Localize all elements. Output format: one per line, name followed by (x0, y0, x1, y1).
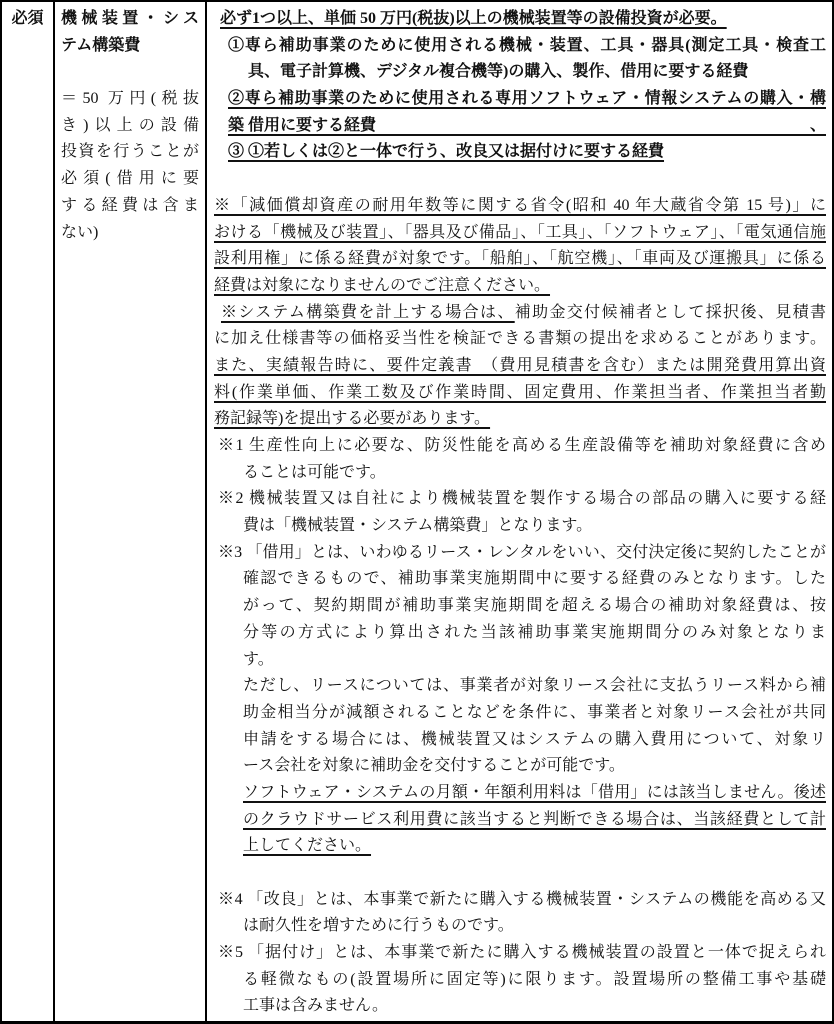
text-segment: 費は「機械装置・システム構築費」となります。 (243, 517, 592, 534)
text-segment: ※システム構築費を計上する場合は、 (221, 304, 515, 321)
text-line: き)以上の設備 (61, 113, 199, 140)
text-line: する経費は含ま (61, 193, 199, 220)
text-segment: また、実績報告時に、要件定義書 （費用見積書を含む）または開発費用算出資 (214, 357, 826, 374)
text-segment: 分等の方式により算出された当該補助事業実施期間分のみ対象となりま (243, 624, 826, 641)
text-segment: 機械装置・シス (61, 10, 199, 27)
text-segment: する経費は含ま (61, 197, 199, 214)
text-line: ③ ①若しくは②と一体で行う、改良又は据付けに要する経費 (214, 139, 826, 166)
text-segment: ース会社を対象に補助金を交付することが可能です。 (243, 757, 625, 774)
text-segment: る軽微なもの(設置場所に固定等)に限ります。設置場所の整備工事や基礎 (243, 971, 826, 988)
text-segment: 工事は含みません。 (243, 997, 388, 1014)
text-line: ース会社を対象に補助金を交付することが可能です。 (214, 753, 826, 780)
text-line: ＝50 万円(税抜 (61, 86, 199, 113)
text-segment: ※4 「改良」とは、本事業で新たに購入する機械装置・システムの機能を高める又 (218, 891, 826, 908)
text-line: 確認できるもので、補助事業実施期間中に要する経費のみとなります。した (214, 566, 826, 593)
text-segment: 必須(借用に要 (61, 170, 199, 187)
text-segment: 務記録等)を提出する必要があります。 (214, 410, 490, 427)
required-label-line: 必須 (2, 6, 53, 33)
text-segment: おける「機械及び装置」、「器具及び備品」、「工具」、「ソフトウェア」、「電気通信… (214, 224, 826, 241)
text-line: ※3 「借用」とは、いわゆるリース・レンタルをいい、交付決定後に契約したことが (214, 540, 826, 567)
text-segment: 投資を行うことが (61, 143, 199, 160)
text-line: 必ず1つ以上、単価 50 万円(税抜)以上の機械装置等の設備投資が必要。 (214, 6, 826, 33)
text-line: ※システム構築費を計上する場合は、補助金交付候補者として採択後、見積書 (214, 300, 826, 327)
text-line: 設利用権」に係る経費が対象です。「船舶」、「航空機」、「車両及び運搬具」に係る (214, 246, 826, 273)
text-line: また、実績報告時に、要件定義書 （費用見積書を含む）または開発費用算出資 (214, 353, 826, 380)
text-line: 料(作業単価、作業工数及び作業時間、固定費用、作業担当者、作業担当者勤 (214, 380, 826, 407)
text-segment: ただし、リースについては、事業者が対象リース会社に支払うリース料から補 (243, 677, 826, 694)
text-line: に加え仕様書等の価格妥当性を検証できる書類の提出を求めることがあります。 (214, 326, 826, 353)
text-segment: 設利用権」に係る経費が対象です。「船舶」、「航空機」、「車両及び運搬具」に係る (214, 250, 826, 267)
text-line: 具、電子計算機、デジタル複合機等)の購入、製作、借用に要する経費 (214, 59, 826, 86)
text-segment: 経費は対象になりませんのでご注意ください。 (214, 277, 550, 294)
text-segment: す。 (243, 651, 274, 668)
subsidy-expense-table-row: 必須 機械装置・システム構築費＝50 万円(税抜き)以上の設備投資を行うことが必… (0, 0, 834, 1024)
text-segment: ※2 機械装置又は自社により機械装置を製作する場合の部品の購入に要する経 (218, 490, 826, 507)
blank-line (214, 860, 826, 887)
text-segment: ソフトウェア・システムの月額・年額利用料は「借用」には該当しません。後述 (243, 784, 826, 801)
text-segment: 申請をする場合には、機械装置又はシステムの購入費用について、対象リ (243, 731, 826, 748)
text-segment: 借用に要する経費 (248, 117, 376, 134)
text-segment: がって、契約期間が補助事業実施期間を超える場合の補助対象経費は、按 (243, 597, 826, 614)
text-line: ①専ら補助事業のために使用される機械・装置、工具・器具(測定工具・検査工 (214, 33, 826, 60)
blank-line (214, 166, 826, 193)
text-line: 必須(借用に要 (61, 166, 199, 193)
text-line: 上してください。 (214, 833, 826, 860)
text-line: のクラウドサービス利用費に該当すると判断できる場合は、当該経費として計 (214, 807, 826, 834)
text-segment: ＝50 万円(税抜 (61, 90, 199, 107)
text-line: 工事は含みません。 (214, 993, 826, 1020)
text-line: 助金相当分が減額されることなどを条件に、事業者と対象リース会社が共同 (214, 700, 826, 727)
text-line: がって、契約期間が補助事業実施期間を超える場合の補助対象経費は、按 (214, 593, 826, 620)
text-line: 分等の方式により算出された当該補助事業実施期間分のみ対象となりま (214, 620, 826, 647)
text-line: ソフトウェア・システムの月額・年額利用料は「借用」には該当しません。後述 (214, 780, 826, 807)
text-segment: 具、電子計算機、デジタル複合機等)の購入、製作、借用に要する経費 (248, 63, 748, 80)
text-segment: 必ず1つ以上、単価 50 万円(税抜)以上の機械装置等の設備投資が必要。 (220, 10, 727, 27)
text-segment: テム構築費 (61, 37, 140, 54)
text-segment: のクラウドサービス利用費に該当すると判断できる場合は、当該経費として計 (243, 811, 826, 828)
text-segment: 上してください。 (243, 837, 371, 854)
text-segment: 補助金交付候補者として採択後、見積書 (515, 304, 826, 321)
text-line: ※2 機械装置又は自社により機械装置を製作する場合の部品の購入に要する経 (214, 486, 826, 513)
text-segment: は耐久性を増すために行うものです。 (243, 917, 514, 934)
text-line: ※1 生産性向上に必要な、防災性能を高める生産設備等を補助対象経費に含め (214, 433, 826, 460)
expense-category-cell: 機械装置・システム構築費＝50 万円(税抜き)以上の設備投資を行うことが必須(借… (55, 2, 207, 1021)
text-segment: ※3 「借用」とは、いわゆるリース・レンタルをいい、交付決定後に契約したことが (218, 544, 826, 561)
blank-line (61, 59, 199, 86)
text-segment: ※5 「据付け」とは、本事業で新たに購入する機械装置の設置と一体で捉えられ (218, 944, 826, 961)
text-line: ※5 「据付け」とは、本事業で新たに購入する機械装置の設置と一体で捉えられ (214, 940, 826, 967)
text-line: 費は「機械装置・システム構築費」となります。 (214, 513, 826, 540)
required-cell: 必須 (2, 2, 55, 1021)
text-line: 経費は対象になりませんのでご注意ください。 (214, 273, 826, 300)
text-line: おける「機械及び装置」、「器具及び備品」、「工具」、「ソフトウェア」、「電気通信… (214, 220, 826, 247)
text-segment: に加え仕様書等の価格妥当性を検証できる書類の提出を求めることがあります。 (214, 330, 826, 347)
text-line: ※4 「改良」とは、本事業で新たに購入する機械装置・システムの機能を高める又 (214, 887, 826, 914)
text-segment: ない) (61, 224, 98, 241)
expense-details-cell: 必ず1つ以上、単価 50 万円(税抜)以上の機械装置等の設備投資が必要。①専ら補… (207, 2, 832, 1021)
text-segment: ※「減価償却資産の耐用年数等に関する省令(昭和 40 年大蔵省令第 15 号)」… (214, 197, 826, 214)
text-line: 機械装置・シス (61, 6, 199, 33)
text-line: ただし、リースについては、事業者が対象リース会社に支払うリース料から補 (214, 673, 826, 700)
text-line: は耐久性を増すために行うものです。 (214, 913, 826, 940)
text-line: ない) (61, 220, 199, 247)
text-line: ※「減価償却資産の耐用年数等に関する省令(昭和 40 年大蔵省令第 15 号)」… (214, 193, 826, 220)
text-segment: ③ ①若しくは②と一体で行う、改良又は据付けに要する経費 (228, 143, 664, 160)
required-label: 必須 (11, 10, 43, 27)
text-segment: き)以上の設備 (61, 117, 199, 134)
text-line: 申請をする場合には、機械装置又はシステムの購入費用について、対象リ (214, 727, 826, 754)
text-segment: 確認できるもので、補助事業実施期間中に要する経費のみとなります。した (243, 570, 826, 587)
text-line: 務記録等)を提出する必要があります。 (214, 406, 826, 433)
text-segment: ることは可能です。 (243, 464, 386, 481)
text-line: ②専ら補助事業のために使用される専用ソフトウェア・情報システムの購入・構築、 (214, 86, 826, 113)
text-line: テム構築費 (61, 33, 199, 60)
text-segment: ※1 生産性向上に必要な、防災性能を高める生産設備等を補助対象経費に含め (218, 437, 826, 454)
text-segment: 助金相当分が減額されることなどを条件に、事業者と対象リース会社が共同 (243, 704, 826, 721)
text-line: 投資を行うことが (61, 139, 199, 166)
text-segment: ①専ら補助事業のために使用される機械・装置、工具・器具(測定工具・検査工 (228, 37, 826, 54)
text-segment: 料(作業単価、作業工数及び作業時間、固定費用、作業担当者、作業担当者勤 (214, 384, 826, 401)
text-line: す。 (214, 647, 826, 674)
text-line: る軽微なもの(設置場所に固定等)に限ります。設置場所の整備工事や基礎 (214, 967, 826, 994)
text-line: ることは可能です。 (214, 460, 826, 487)
